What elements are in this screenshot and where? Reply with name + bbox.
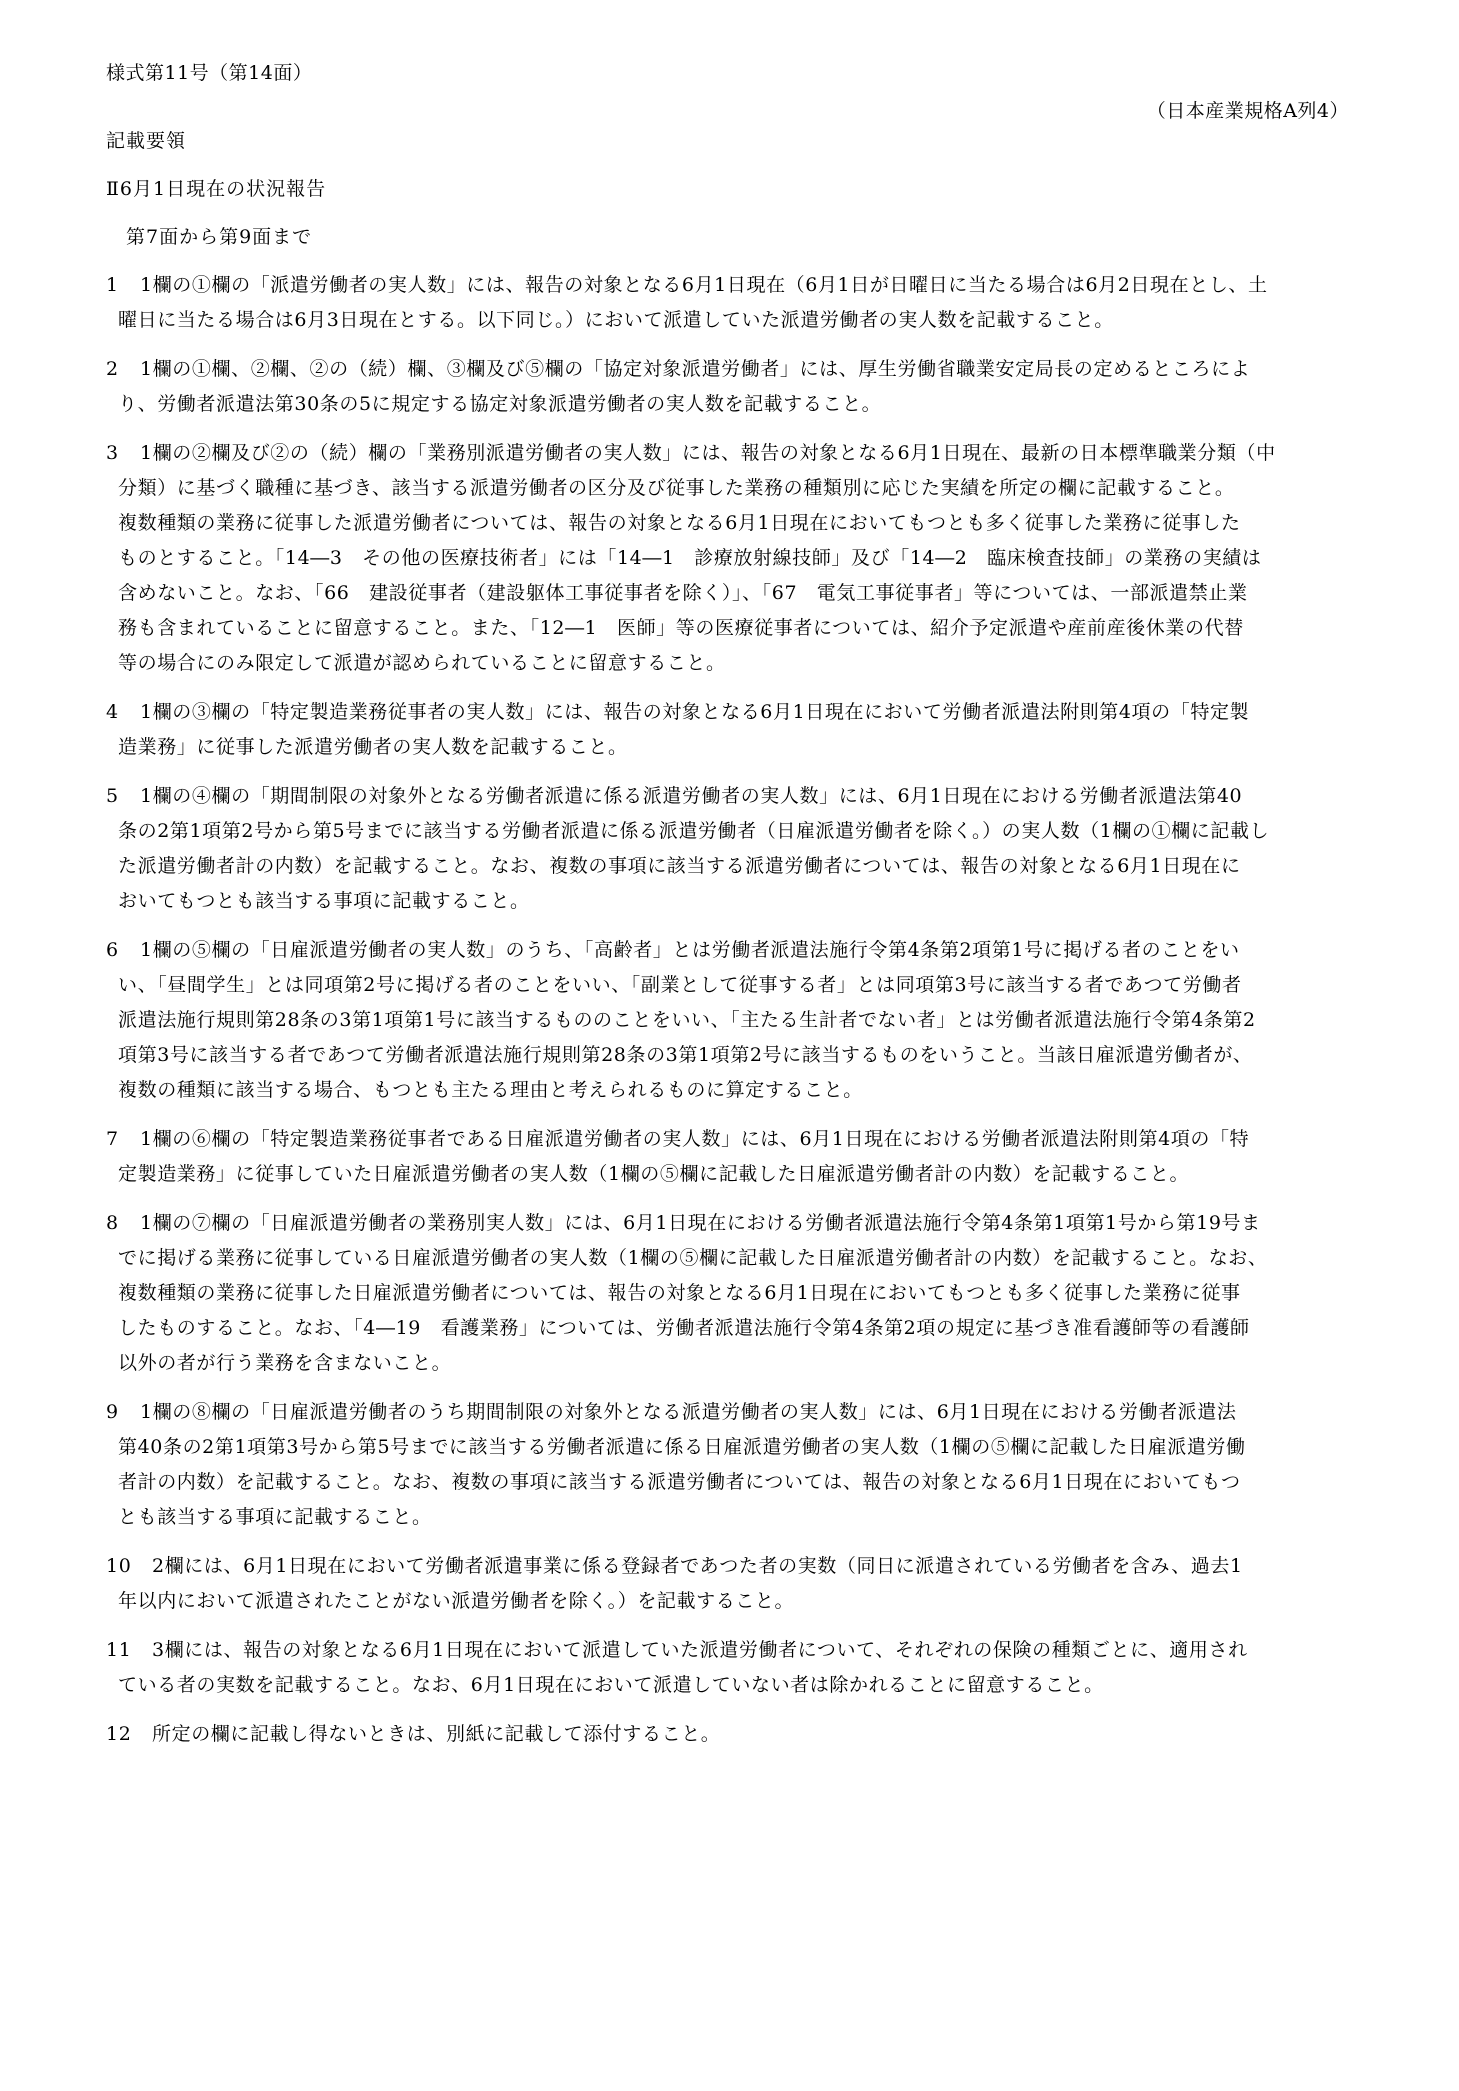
instruction-text: 複数の種類に該当する場合、もつとも主たる理由と考えられるものに算定すること。 [118, 1079, 863, 1101]
instruction-first-line: 113欄には、報告の対象となる6月1日現在において派遣していた派遣労働者について… [106, 1633, 1356, 1668]
instruction-text: おいてもつとも該当する事項に記載すること。 [118, 890, 530, 912]
instruction-continuation-line: 等の場合にのみ限定して派遣が認められていることに留意すること。 [106, 646, 1356, 681]
instruction-continuation-line: 複数の種類に該当する場合、もつとも主たる理由と考えられるものに算定すること。 [106, 1073, 1356, 1108]
instruction-item: 11欄の①欄の「派遣労働者の実人数」には、報告の対象となる6月1日現在（6月1日… [106, 268, 1356, 338]
instruction-continuation-line: 分類）に基づく職種に基づき、該当する派遣労働者の区分及び従事した業務の種類別に応… [106, 471, 1356, 506]
instruction-continuation-line: 以外の者が行う業務を含まないこと。 [106, 1346, 1356, 1381]
instruction-text: 複数種類の業務に従事した日雇派遣労働者については、報告の対象となる6月1日現在に… [118, 1282, 1241, 1304]
instruction-first-line: 12所定の欄に記載し得ないときは、別紙に記載して添付すること。 [106, 1717, 1356, 1752]
instruction-continuation-line: 第40条の2第1項第3号から第5号までに該当する労働者派遣に係る日雇派遣労働者の… [106, 1430, 1356, 1465]
instruction-item: 71欄の⑥欄の「特定製造業務従事者である日雇派遣労働者の実人数」には、6月1日現… [106, 1122, 1356, 1192]
instruction-number: 1 [106, 268, 140, 303]
instruction-text: 曜日に当たる場合は6月3日現在とする。以下同じ。）において派遣していた派遣労働者… [118, 309, 1114, 331]
instruction-text: でに掲げる業務に従事している日雇派遣労働者の実人数（1欄の⑤欄に記載した日雇派遣… [118, 1247, 1268, 1269]
instruction-text: 派遣法施行規則第28条の3第1項第1号に該当するもののことをいい、「主たる生計者… [118, 1009, 1256, 1031]
instruction-text: 1欄の①欄の「派遣労働者の実人数」には、報告の対象となる6月1日現在（6月1日が… [140, 274, 1268, 296]
instruction-first-line: 102欄には、6月1日現在において労働者派遣事業に係る登録者であつた者の実数（同… [106, 1549, 1356, 1584]
instruction-continuation-line: 派遣法施行規則第28条の3第1項第1号に該当するもののことをいい、「主たる生計者… [106, 1003, 1356, 1038]
instruction-number: 6 [106, 933, 140, 968]
instruction-continuation-line: おいてもつとも該当する事項に記載すること。 [106, 884, 1356, 919]
instruction-number: 12 [106, 1717, 152, 1752]
instruction-number: 10 [106, 1549, 152, 1584]
instruction-item: 113欄には、報告の対象となる6月1日現在において派遣していた派遣労働者について… [106, 1633, 1356, 1703]
heading-instructions: 記載要領 [106, 126, 186, 153]
instruction-number: 3 [106, 436, 140, 471]
instruction-number: 7 [106, 1122, 140, 1157]
instruction-text: 定製造業務」に従事していた日雇派遣労働者の実人数（1欄の⑤欄に記載した日雇派遣労… [118, 1163, 1189, 1185]
instruction-continuation-line: 含めないこと。なお、「66 建設従事者（建設躯体工事従事者を除く）」、「67 電… [106, 576, 1356, 611]
instruction-text: 年以内において派遣されたことがない派遣労働者を除く。）を記載すること。 [118, 1590, 794, 1612]
paper-size-label: （日本産業規格A列4） [1147, 96, 1349, 123]
instruction-continuation-line: 年以内において派遣されたことがない派遣労働者を除く。）を記載すること。 [106, 1584, 1356, 1619]
instruction-continuation-line: ものとすること。「14―3 その他の医療技術者」には「14―1 診療放射線技師」… [106, 541, 1356, 576]
document-page: 様式第11号（第14面） （日本産業規格A列4） 記載要領 Ⅱ6月1日現在の状況… [0, 0, 1459, 2091]
instruction-continuation-line: り、労働者派遣法第30条の5に規定する協定対象派遣労働者の実人数を記載すること。 [106, 387, 1356, 422]
instruction-first-line: 11欄の①欄の「派遣労働者の実人数」には、報告の対象となる6月1日現在（6月1日… [106, 268, 1356, 303]
instruction-item: 81欄の⑦欄の「日雇派遣労働者の業務別実人数」には、6月1日現在における労働者派… [106, 1206, 1356, 1381]
instruction-text: 2欄には、6月1日現在において労働者派遣事業に係る登録者であつた者の実数（同日に… [152, 1555, 1243, 1577]
subsection-title: 第7面から第9面まで [126, 222, 312, 249]
instruction-item: 91欄の⑧欄の「日雇派遣労働者のうち期間制限の対象外となる派遣労働者の実人数」に… [106, 1395, 1356, 1535]
instruction-first-line: 71欄の⑥欄の「特定製造業務従事者である日雇派遣労働者の実人数」には、6月1日現… [106, 1122, 1356, 1157]
instruction-text: 第40条の2第1項第3号から第5号までに該当する労働者派遣に係る日雇派遣労働者の… [118, 1436, 1246, 1458]
instruction-text: ものとすること。「14―3 その他の医療技術者」には「14―1 診療放射線技師」… [118, 547, 1262, 569]
instruction-text: 等の場合にのみ限定して派遣が認められていることに留意すること。 [118, 652, 726, 674]
instruction-continuation-line: とも該当する事項に記載すること。 [106, 1500, 1356, 1535]
instruction-text: したものすること。なお、「4―19 看護業務」については、労働者派遣法施行令第4… [118, 1317, 1250, 1339]
instruction-number: 4 [106, 695, 140, 730]
instruction-continuation-line: 者計の内数）を記載すること。なお、複数の事項に該当する派遣労働者については、報告… [106, 1465, 1356, 1500]
instruction-text: 1欄の④欄の「期間制限の対象外となる労働者派遣に係る派遣労働者の実人数」には、6… [140, 785, 1242, 807]
instruction-text: り、労働者派遣法第30条の5に規定する協定対象派遣労働者の実人数を記載すること。 [118, 393, 881, 415]
instruction-continuation-line: 複数種類の業務に従事した派遣労働者については、報告の対象となる6月1日現在におい… [106, 506, 1356, 541]
instruction-text: 複数種類の業務に従事した派遣労働者については、報告の対象となる6月1日現在におい… [118, 512, 1241, 534]
instruction-text: 条の2第1項第2号から第5号までに該当する労働者派遣に係る派遣労働者（日雇派遣労… [118, 820, 1269, 842]
instruction-text: 1欄の⑧欄の「日雇派遣労働者のうち期間制限の対象外となる派遣労働者の実人数」には… [140, 1401, 1236, 1423]
instruction-text: 3欄には、報告の対象となる6月1日現在において派遣していた派遣労働者について、そ… [152, 1639, 1248, 1661]
instruction-continuation-line: でに掲げる業務に従事している日雇派遣労働者の実人数（1欄の⑤欄に記載した日雇派遣… [106, 1241, 1356, 1276]
instruction-text: い、「昼間学生」とは同項第2号に掲げる者のことをいい、「副業として従事する者」と… [118, 974, 1242, 996]
instruction-text: 造業務」に従事した派遣労働者の実人数を記載すること。 [118, 736, 628, 758]
instruction-text: 1欄の③欄の「特定製造業務従事者の実人数」には、報告の対象となる6月1日現在にお… [140, 701, 1249, 723]
instruction-text: ている者の実数を記載すること。なお、6月1日現在において派遣していない者は除かれ… [118, 1674, 1104, 1696]
instruction-continuation-line: 曜日に当たる場合は6月3日現在とする。以下同じ。）において派遣していた派遣労働者… [106, 303, 1356, 338]
instruction-continuation-line: た派遣労働者計の内数）を記載すること。なお、複数の事項に該当する派遣労働者につい… [106, 849, 1356, 884]
instruction-first-line: 51欄の④欄の「期間制限の対象外となる労働者派遣に係る派遣労働者の実人数」には、… [106, 779, 1356, 814]
instruction-text: 1欄の⑦欄の「日雇派遣労働者の業務別実人数」には、6月1日現在における労働者派遣… [140, 1212, 1261, 1234]
instruction-item: 31欄の②欄及び②の（続）欄の「業務別派遣労働者の実人数」には、報告の対象となる… [106, 436, 1356, 681]
instruction-item: 51欄の④欄の「期間制限の対象外となる労働者派遣に係る派遣労働者の実人数」には、… [106, 779, 1356, 919]
instruction-text: 以外の者が行う業務を含まないこと。 [118, 1352, 451, 1374]
instruction-continuation-line: 複数種類の業務に従事した日雇派遣労働者については、報告の対象となる6月1日現在に… [106, 1276, 1356, 1311]
instruction-continuation-line: い、「昼間学生」とは同項第2号に掲げる者のことをいい、「副業として従事する者」と… [106, 968, 1356, 1003]
instruction-text: た派遣労働者計の内数）を記載すること。なお、複数の事項に該当する派遣労働者につい… [118, 855, 1241, 877]
instruction-number: 9 [106, 1395, 140, 1430]
instruction-text: 1欄の②欄及び②の（続）欄の「業務別派遣労働者の実人数」には、報告の対象となる6… [140, 442, 1276, 464]
instruction-continuation-line: 項第3号に該当する者であつて労働者派遣法施行規則第28条の3第1項第2号に該当す… [106, 1038, 1356, 1073]
instruction-first-line: 31欄の②欄及び②の（続）欄の「業務別派遣労働者の実人数」には、報告の対象となる… [106, 436, 1356, 471]
instruction-item: 21欄の①欄、②欄、②の（続）欄、③欄及び⑤欄の「協定対象派遣労働者」には、厚生… [106, 352, 1356, 422]
instruction-item: 102欄には、6月1日現在において労働者派遣事業に係る登録者であつた者の実数（同… [106, 1549, 1356, 1619]
instruction-first-line: 81欄の⑦欄の「日雇派遣労働者の業務別実人数」には、6月1日現在における労働者派… [106, 1206, 1356, 1241]
instruction-item: 41欄の③欄の「特定製造業務従事者の実人数」には、報告の対象となる6月1日現在に… [106, 695, 1356, 765]
instruction-continuation-line: 定製造業務」に従事していた日雇派遣労働者の実人数（1欄の⑤欄に記載した日雇派遣労… [106, 1157, 1356, 1192]
instruction-continuation-line: 務も含まれていることに留意すること。また、「12―1 医師」等の医療従事者につい… [106, 611, 1356, 646]
section-title: Ⅱ6月1日現在の状況報告 [106, 174, 326, 201]
instruction-text: 務も含まれていることに留意すること。また、「12―1 医師」等の医療従事者につい… [118, 617, 1244, 639]
instruction-number: 5 [106, 779, 140, 814]
instruction-text: 者計の内数）を記載すること。なお、複数の事項に該当する派遣労働者については、報告… [118, 1471, 1241, 1493]
form-number: 様式第11号（第14面） [106, 58, 312, 85]
instruction-first-line: 91欄の⑧欄の「日雇派遣労働者のうち期間制限の対象外となる派遣労働者の実人数」に… [106, 1395, 1356, 1430]
instruction-item: 12所定の欄に記載し得ないときは、別紙に記載して添付すること。 [106, 1717, 1356, 1752]
instruction-text: 含めないこと。なお、「66 建設従事者（建設躯体工事従事者を除く）」、「67 電… [118, 582, 1248, 604]
instruction-first-line: 21欄の①欄、②欄、②の（続）欄、③欄及び⑤欄の「協定対象派遣労働者」には、厚生… [106, 352, 1356, 387]
instruction-text: 1欄の⑤欄の「日雇派遣労働者の実人数」のうち、「高齢者」とは労働者派遣法施行令第… [140, 939, 1240, 961]
instruction-text: 項第3号に該当する者であつて労働者派遣法施行規則第28条の3第1項第2号に該当す… [118, 1044, 1253, 1066]
instruction-continuation-line: ている者の実数を記載すること。なお、6月1日現在において派遣していない者は除かれ… [106, 1668, 1356, 1703]
instruction-item: 61欄の⑤欄の「日雇派遣労働者の実人数」のうち、「高齢者」とは労働者派遣法施行令… [106, 933, 1356, 1108]
instruction-text: 1欄の⑥欄の「特定製造業務従事者である日雇派遣労働者の実人数」には、6月1日現在… [140, 1128, 1249, 1150]
instruction-first-line: 41欄の③欄の「特定製造業務従事者の実人数」には、報告の対象となる6月1日現在に… [106, 695, 1356, 730]
instruction-continuation-line: 造業務」に従事した派遣労働者の実人数を記載すること。 [106, 730, 1356, 765]
instruction-number: 11 [106, 1633, 152, 1668]
instruction-text: 所定の欄に記載し得ないときは、別紙に記載して添付すること。 [152, 1723, 720, 1745]
instruction-continuation-line: したものすること。なお、「4―19 看護業務」については、労働者派遣法施行令第4… [106, 1311, 1356, 1346]
instruction-continuation-line: 条の2第1項第2号から第5号までに該当する労働者派遣に係る派遣労働者（日雇派遣労… [106, 814, 1356, 849]
instruction-text: とも該当する事項に記載すること。 [118, 1506, 432, 1528]
instruction-text: 分類）に基づく職種に基づき、該当する派遣労働者の区分及び従事した業務の種類別に応… [118, 477, 1234, 499]
instruction-number: 2 [106, 352, 140, 387]
instruction-text: 1欄の①欄、②欄、②の（続）欄、③欄及び⑤欄の「協定対象派遣労働者」には、厚生労… [140, 358, 1250, 380]
instruction-first-line: 61欄の⑤欄の「日雇派遣労働者の実人数」のうち、「高齢者」とは労働者派遣法施行令… [106, 933, 1356, 968]
instruction-number: 8 [106, 1206, 140, 1241]
instruction-list: 11欄の①欄の「派遣労働者の実人数」には、報告の対象となる6月1日現在（6月1日… [106, 268, 1356, 1766]
